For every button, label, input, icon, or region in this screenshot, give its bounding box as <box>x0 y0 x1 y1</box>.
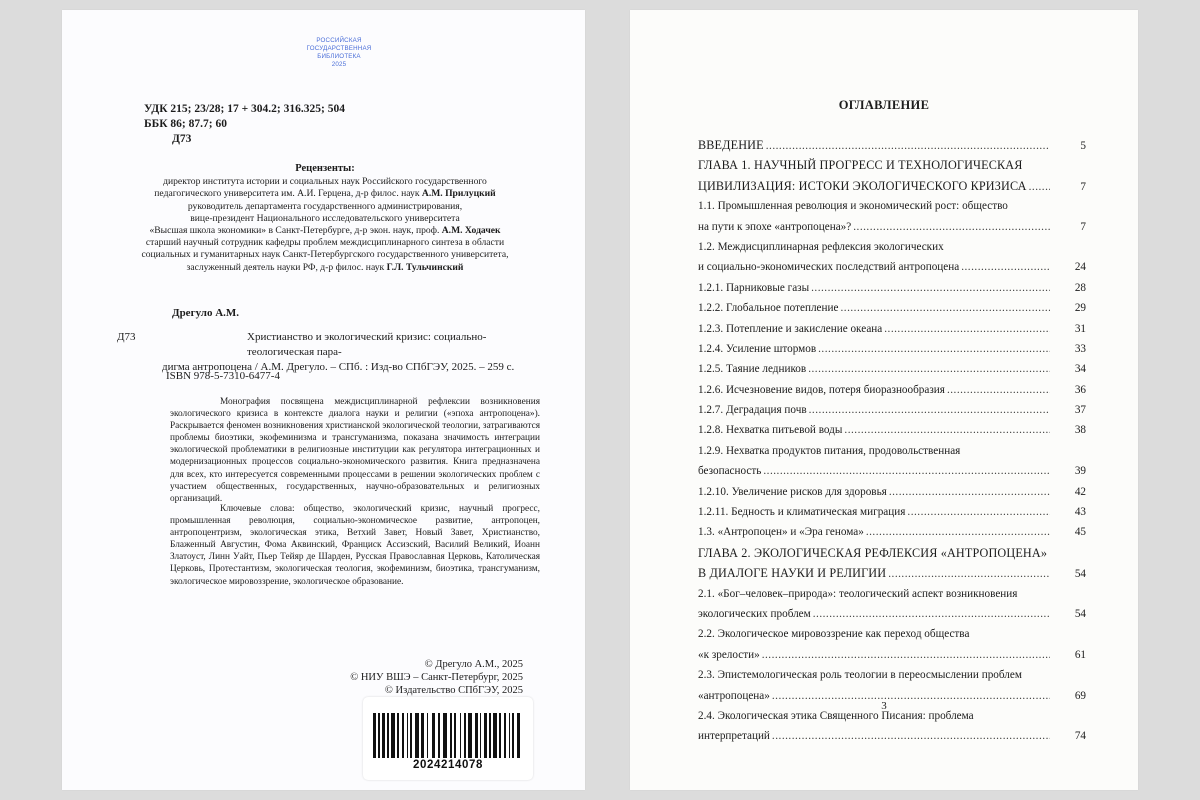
toc-line: 1.2.9. Нехватка продуктов питания, продо… <box>698 441 1086 461</box>
reviewer-text: старший научный сотрудник кафедры пробле… <box>146 237 504 248</box>
toc-entry-title: 1.3. «Антропоцен» и «Эра генома» <box>698 522 864 542</box>
toc-page-number: 33 <box>1062 339 1086 359</box>
toc-entry: 1.2. Междисциплинарная рефлексия экологи… <box>698 237 1086 278</box>
copyright-notices: © Дрегуло А.М., 2025 © НИУ ВШЭ – Санкт-П… <box>350 658 523 697</box>
author-name: Дрегуло А.М. <box>172 307 239 319</box>
toc-line: ГЛАВА 2. ЭКОЛОГИЧЕСКАЯ РЕФЛЕКСИЯ «АНТРОП… <box>698 543 1086 563</box>
bbk-code: ББК 86; 87.7; 60 <box>144 117 345 132</box>
toc-entry: 1.2.2. Глобальное потепление29 <box>698 298 1086 318</box>
toc-entry-title: экологических проблем <box>698 604 811 624</box>
dot-leader <box>888 564 1050 584</box>
right-page-contents: ОГЛАВЛЕНИЕ ВВЕДЕНИЕ5ГЛАВА 1. НАУЧНЫЙ ПРО… <box>630 10 1138 790</box>
copyright-line: © Дрегуло А.М., 2025 <box>350 658 523 671</box>
toc-entry: 2.4. Экологическая этика Священного Писа… <box>698 706 1086 747</box>
reviewer-text: социальных и гуманитарных наук Санкт-Пет… <box>141 249 508 260</box>
dot-leader <box>762 645 1050 665</box>
dot-leader <box>961 257 1050 277</box>
toc-page-number: 54 <box>1062 564 1086 584</box>
dot-leader <box>818 339 1050 359</box>
toc-line: 1.2.7. Деградация почв37 <box>698 400 1086 420</box>
stamp-line: БИБЛИОТЕКА <box>294 53 384 61</box>
toc-line: 2.2. Экологическое мировоззрение как пер… <box>698 624 1086 644</box>
toc-entry-title: 1.2.4. Усиление штормов <box>698 339 816 359</box>
toc-line: 1.2.5. Таяние ледников34 <box>698 359 1086 379</box>
toc-entry-title: В ДИАЛОГЕ НАУКИ И РЕЛИГИИ <box>698 563 886 583</box>
toc-entry: 1.2.3. Потепление и закисление океана31 <box>698 319 1086 339</box>
toc-page-number: 24 <box>1062 257 1086 277</box>
toc-line: 1.2. Междисциплинарная рефлексия экологи… <box>698 237 1086 257</box>
toc-entry-title: и социально-экономических последствий ан… <box>698 257 959 277</box>
toc-entry: 1.2.10. Увеличение рисков для здоровья42 <box>698 482 1086 502</box>
toc-line: 1.2.8. Нехватка питьевой воды38 <box>698 420 1086 440</box>
dot-leader <box>766 136 1050 156</box>
toc-entry-title: ВВЕДЕНИЕ <box>698 135 764 155</box>
reviewer-text: заслуженный деятель науки РФ, д-р филос.… <box>187 262 387 273</box>
reviewer-text: директор института истории и социальных … <box>163 176 487 187</box>
toc-page-number: 42 <box>1062 482 1086 502</box>
reviewer-line: заслуженный деятель науки РФ, д-р филос.… <box>90 262 560 274</box>
toc-entry-title: 1.2.11. Бедность и климатическая миграци… <box>698 502 905 522</box>
bib-line-1: Христианство и экологический кризис: соц… <box>117 330 542 360</box>
toc-page-number: 37 <box>1062 400 1086 420</box>
toc-entry-title: на пути к эпохе «антропоцена»? <box>698 217 851 237</box>
toc-line: безопасность39 <box>698 461 1086 481</box>
toc-line: 1.2.4. Усиление штормов33 <box>698 339 1086 359</box>
toc-page-number: 31 <box>1062 319 1086 339</box>
dot-leader <box>844 420 1050 440</box>
toc-entry-title: 2.1. «Бог–человек–природа»: теологически… <box>698 584 1017 604</box>
toc-line: 1.2.11. Бедность и климатическая миграци… <box>698 502 1086 522</box>
copyright-line: © Издательство СПбГЭУ, 2025 <box>350 684 523 697</box>
toc-entry-title: интерпретаций <box>698 726 770 746</box>
toc-entry-title: безопасность <box>698 461 761 481</box>
dot-leader <box>1029 177 1050 197</box>
bib-code: Д73 <box>117 330 136 345</box>
toc-page-number: 45 <box>1062 522 1086 542</box>
dot-leader <box>809 400 1050 420</box>
toc-entry: 1.3. «Антропоцен» и «Эра генома»45 <box>698 522 1086 542</box>
toc-page-number: 38 <box>1062 420 1086 440</box>
left-page-imprint: РОССИЙСКАЯ ГОСУДАРСТВЕННАЯ БИБЛИОТЕКА 20… <box>62 10 585 790</box>
udk-code: УДК 215; 23/28; 17 + 304.2; 316.325; 504 <box>144 102 345 117</box>
toc-entry: 1.1. Промышленная революция и экономичес… <box>698 196 1086 237</box>
reviewer-line: старший научный сотрудник кафедры пробле… <box>90 237 560 249</box>
toc-entry-title: 1.1. Промышленная революция и экономичес… <box>698 196 1008 216</box>
classification-codes: УДК 215; 23/28; 17 + 304.2; 316.325; 504… <box>144 102 345 147</box>
reviewer-line: педагогического университета им. А.И. Ге… <box>90 188 560 200</box>
reviewer-line: вице-президент Национального исследовате… <box>90 213 560 225</box>
dot-leader <box>853 217 1050 237</box>
reviewers-title: Рецензенты: <box>90 163 560 175</box>
reviewers-block: Рецензенты: директор института истории и… <box>90 163 560 274</box>
barcode-number: 2024214078 <box>363 759 533 771</box>
dot-leader <box>772 726 1050 746</box>
toc-entry: ГЛАВА 1. НАУЧНЫЙ ПРОГРЕСС И ТЕХНОЛОГИЧЕС… <box>698 155 1086 196</box>
toc-page-number: 34 <box>1062 359 1086 379</box>
toc-entry: 1.2.7. Деградация почв37 <box>698 400 1086 420</box>
dot-leader <box>907 502 1050 522</box>
toc-page-number: 54 <box>1062 604 1086 624</box>
toc-entry-title: 1.2.3. Потепление и закисление океана <box>698 319 882 339</box>
toc-line: 1.2.10. Увеличение рисков для здоровья42 <box>698 482 1086 502</box>
toc-entry-title: ЦИВИЛИЗАЦИЯ: ИСТОКИ ЭКОЛОГИЧЕСКОГО КРИЗИ… <box>698 176 1027 196</box>
toc-entry: 1.2.5. Таяние ледников34 <box>698 359 1086 379</box>
toc-line: 1.2.2. Глобальное потепление29 <box>698 298 1086 318</box>
barcode-sticker: 2024214078 <box>363 697 533 780</box>
toc-page-number: 74 <box>1062 726 1086 746</box>
toc-line: «к зрелости»61 <box>698 645 1086 665</box>
toc-entry-title: ГЛАВА 1. НАУЧНЫЙ ПРОГРЕСС И ТЕХНОЛОГИЧЕС… <box>698 155 1023 175</box>
toc-line: ВВЕДЕНИЕ5 <box>698 135 1086 155</box>
toc-entry-title: 2.2. Экологическое мировоззрение как пер… <box>698 624 969 644</box>
toc-page-number: 28 <box>1062 278 1086 298</box>
reviewer-name: Г.Л. Тульчинский <box>387 262 464 273</box>
toc-page-number: 61 <box>1062 645 1086 665</box>
reviewer-text: руководитель департамента государственно… <box>188 201 462 212</box>
toc-line: ЦИВИЛИЗАЦИЯ: ИСТОКИ ЭКОЛОГИЧЕСКОГО КРИЗИ… <box>698 176 1086 196</box>
reviewer-name: А.М. Прилуцкий <box>422 188 496 199</box>
toc-entry-title: 1.2.10. Увеличение рисков для здоровья <box>698 482 887 502</box>
toc-line: интерпретаций74 <box>698 726 1086 746</box>
reviewer-text: вице-президент Национального исследовате… <box>190 213 459 224</box>
stamp-line: РОССИЙСКАЯ <box>294 37 384 45</box>
toc-entry: 1.2.1. Парниковые газы28 <box>698 278 1086 298</box>
toc-line: ГЛАВА 1. НАУЧНЫЙ ПРОГРЕСС И ТЕХНОЛОГИЧЕС… <box>698 155 1086 175</box>
stamp-line: ГОСУДАРСТВЕННАЯ <box>294 45 384 53</box>
dot-leader <box>763 461 1050 481</box>
toc-entry: ГЛАВА 2. ЭКОЛОГИЧЕСКАЯ РЕФЛЕКСИЯ «АНТРОП… <box>698 543 1086 584</box>
reviewer-line: руководитель департамента государственно… <box>90 201 560 213</box>
toc-line: 2.3. Эпистемологическая роль теологии в … <box>698 665 1086 685</box>
dot-leader <box>808 359 1050 379</box>
abstract: Монография посвящена междисциплинарной р… <box>170 396 540 505</box>
reviewer-text: «Высшая школа экономики» в Санкт-Петербу… <box>149 225 441 236</box>
dot-leader <box>866 522 1050 542</box>
abstract-text: Монография посвящена междисциплинарной р… <box>170 396 540 505</box>
toc-entry-title: 1.2.1. Парниковые газы <box>698 278 809 298</box>
stamp-line: 2025 <box>294 61 384 69</box>
toc-page-number: 36 <box>1062 380 1086 400</box>
toc-line: 1.1. Промышленная революция и экономичес… <box>698 196 1086 216</box>
toc-line: 2.1. «Бог–человек–природа»: теологически… <box>698 584 1086 604</box>
toc-entry-title: 1.2. Междисциплинарная рефлексия экологи… <box>698 237 944 257</box>
dot-leader <box>811 278 1050 298</box>
barcode-icon <box>373 713 523 758</box>
toc-entry-title: «к зрелости» <box>698 645 760 665</box>
isbn: ISBN 978-5-7310-6477-4 <box>166 370 280 382</box>
toc-line: В ДИАЛОГЕ НАУКИ И РЕЛИГИИ54 <box>698 563 1086 583</box>
toc-line: 1.2.3. Потепление и закисление океана31 <box>698 319 1086 339</box>
dot-leader <box>840 298 1050 318</box>
reviewers-lines: директор института истории и социальных … <box>90 176 560 274</box>
keywords-text: Ключевые слова: общество, экологический … <box>170 503 540 588</box>
dot-leader <box>884 319 1050 339</box>
toc-page-number: 43 <box>1062 502 1086 522</box>
toc-line: на пути к эпохе «антропоцена»?7 <box>698 217 1086 237</box>
toc-line: 1.2.1. Парниковые газы28 <box>698 278 1086 298</box>
dot-leader <box>947 380 1050 400</box>
toc-line: 1.3. «Антропоцен» и «Эра генома»45 <box>698 522 1086 542</box>
dot-leader <box>813 604 1050 624</box>
toc-entry: 1.2.8. Нехватка питьевой воды38 <box>698 420 1086 440</box>
reviewer-line: директор института истории и социальных … <box>90 176 560 188</box>
toc-entry-title: 1.2.2. Глобальное потепление <box>698 298 838 318</box>
toc-entry: 1.2.4. Усиление штормов33 <box>698 339 1086 359</box>
toc-title: ОГЛАВЛЕНИЕ <box>630 98 1138 113</box>
toc-entry-title: 2.3. Эпистемологическая роль теологии в … <box>698 665 1022 685</box>
author-mark: Д73 <box>144 132 345 147</box>
reviewer-line: «Высшая школа экономики» в Санкт-Петербу… <box>90 225 560 237</box>
toc-line: 1.2.6. Исчезновение видов, потеря биораз… <box>698 380 1086 400</box>
reviewer-text: педагогического университета им. А.И. Ге… <box>154 188 422 199</box>
toc-entry-title: 1.2.9. Нехватка продуктов питания, продо… <box>698 441 960 461</box>
toc-entry: 1.2.11. Бедность и климатическая миграци… <box>698 502 1086 522</box>
page-number: 3 <box>630 700 1138 712</box>
toc-page-number: 7 <box>1062 217 1086 237</box>
toc-line: экологических проблем54 <box>698 604 1086 624</box>
reviewer-name: А.М. Ходачек <box>442 225 501 236</box>
toc-entry: 2.2. Экологическое мировоззрение как пер… <box>698 624 1086 665</box>
library-stamp: РОССИЙСКАЯ ГОСУДАРСТВЕННАЯ БИБЛИОТЕКА 20… <box>294 37 384 69</box>
toc-entry-title: 1.2.8. Нехватка питьевой воды <box>698 420 842 440</box>
toc-page-number: 29 <box>1062 298 1086 318</box>
reviewer-line: социальных и гуманитарных наук Санкт-Пет… <box>90 249 560 261</box>
toc-line: и социально-экономических последствий ан… <box>698 257 1086 277</box>
toc-entry-title: 1.2.5. Таяние ледников <box>698 359 806 379</box>
keywords: Ключевые слова: общество, экологический … <box>170 503 540 588</box>
toc-entry: 2.1. «Бог–человек–природа»: теологически… <box>698 584 1086 625</box>
toc-page-number: 5 <box>1062 136 1086 156</box>
toc-entry: 1.2.9. Нехватка продуктов питания, продо… <box>698 441 1086 482</box>
toc-entry-title: 1.2.6. Исчезновение видов, потеря биораз… <box>698 380 945 400</box>
bibliographic-record: Д73 Христианство и экологический кризис:… <box>117 330 542 375</box>
copyright-line: © НИУ ВШЭ – Санкт-Петербург, 2025 <box>350 671 523 684</box>
table-of-contents: ВВЕДЕНИЕ5ГЛАВА 1. НАУЧНЫЙ ПРОГРЕСС И ТЕХ… <box>698 135 1086 747</box>
toc-entry-title: 1.2.7. Деградация почв <box>698 400 807 420</box>
toc-entry-title: ГЛАВА 2. ЭКОЛОГИЧЕСКАЯ РЕФЛЕКСИЯ «АНТРОП… <box>698 543 1047 563</box>
toc-entry: ВВЕДЕНИЕ5 <box>698 135 1086 155</box>
toc-page-number: 39 <box>1062 461 1086 481</box>
dot-leader <box>889 482 1050 502</box>
toc-page-number: 7 <box>1062 177 1086 197</box>
toc-entry: 1.2.6. Исчезновение видов, потеря биораз… <box>698 380 1086 400</box>
